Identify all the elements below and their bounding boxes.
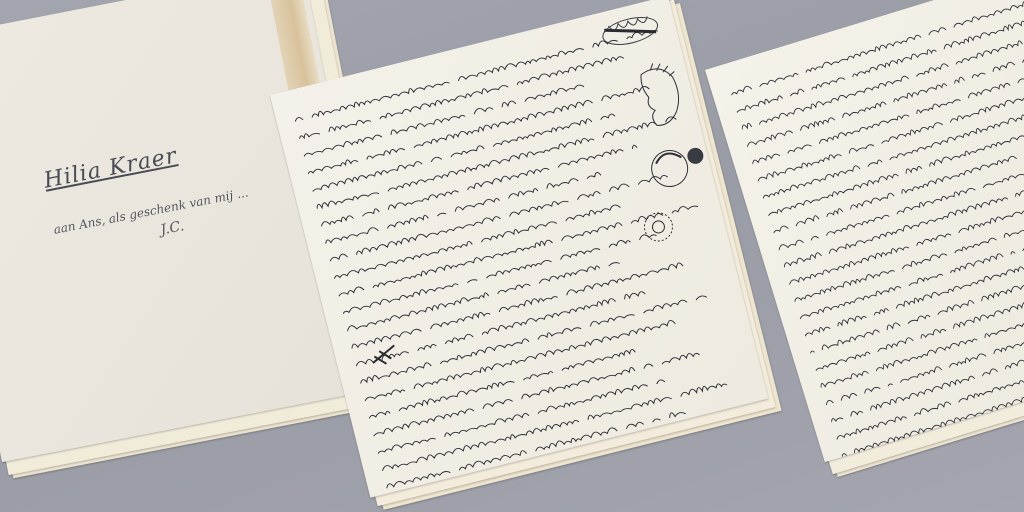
signature: J.C. (159, 218, 185, 238)
manuscript-title: Hilia Kraer (42, 143, 179, 193)
dedication-text: aan Ans, als geschenk van mij ... (52, 185, 249, 237)
photo-scene: Hilia Kraer aan Ans, als geschenk van mi… (0, 0, 1024, 512)
